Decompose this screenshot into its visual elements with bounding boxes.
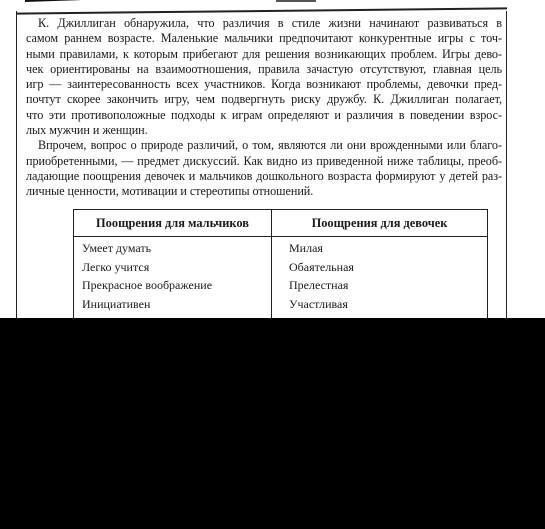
table-cell: Умеет думать [82, 239, 271, 258]
boys-rewards-column: Умеет думать Легко учится Прекрасное воо… [74, 237, 272, 329]
text-line: самом раннем возрасте. Маленькие мальчик… [26, 31, 502, 46]
paragraph-1: К. Джиллиган обнаружила, что различия в … [26, 16, 502, 138]
top-rule-left [25, 0, 80, 2]
table-cell: Милая [289, 239, 487, 258]
document-body-text: К. Джиллиган обнаружила, что различия в … [26, 16, 502, 200]
top-rule-middle [276, 0, 316, 2]
text-line: ными правилами, к которым прибегают для … [26, 47, 502, 62]
text-line: почтут скорее закончить игру, чем подвер… [26, 92, 502, 107]
text-line: К. Джиллиган обнаружила, что различия в … [26, 16, 502, 31]
table-cell: Прелестная [289, 276, 487, 295]
text-line: лых мужчин и женщин. [26, 123, 502, 138]
text-line: приобретенными, — предмет дискуссий. Как… [26, 154, 502, 169]
table-cell: Прекрасное воображение [82, 276, 271, 295]
table-header-row: Поощрения для мальчиков Поощрения для де… [74, 210, 487, 237]
table-cell: Инициативен [82, 295, 271, 314]
text-line: игр — заинтересованность всех участников… [26, 77, 502, 92]
text-line: чек ориентированы на взаимоотношения, пр… [26, 62, 502, 77]
text-line: что эти противоположные подходы к играм … [26, 108, 502, 123]
header-girls-rewards: Поощрения для девочек [272, 210, 487, 236]
table-cell: Обаятельная [289, 258, 487, 277]
rewards-table: Поощрения для мальчиков Поощрения для де… [73, 209, 488, 330]
paragraph-2: Впрочем, вопрос о природе различий, о то… [26, 138, 502, 199]
redacted-black-area [0, 318, 545, 529]
text-line: ладающие поощрения девочек и мальчиков д… [26, 169, 502, 184]
table-cell: Участливая [289, 295, 487, 314]
text-line: Впрочем, вопрос о природе различий, о то… [26, 138, 502, 153]
text-line: личные ценности, мотивации и стереотипы … [26, 184, 502, 199]
table-cell: Легко учится [82, 258, 271, 277]
header-boys-rewards: Поощрения для мальчиков [74, 210, 272, 236]
